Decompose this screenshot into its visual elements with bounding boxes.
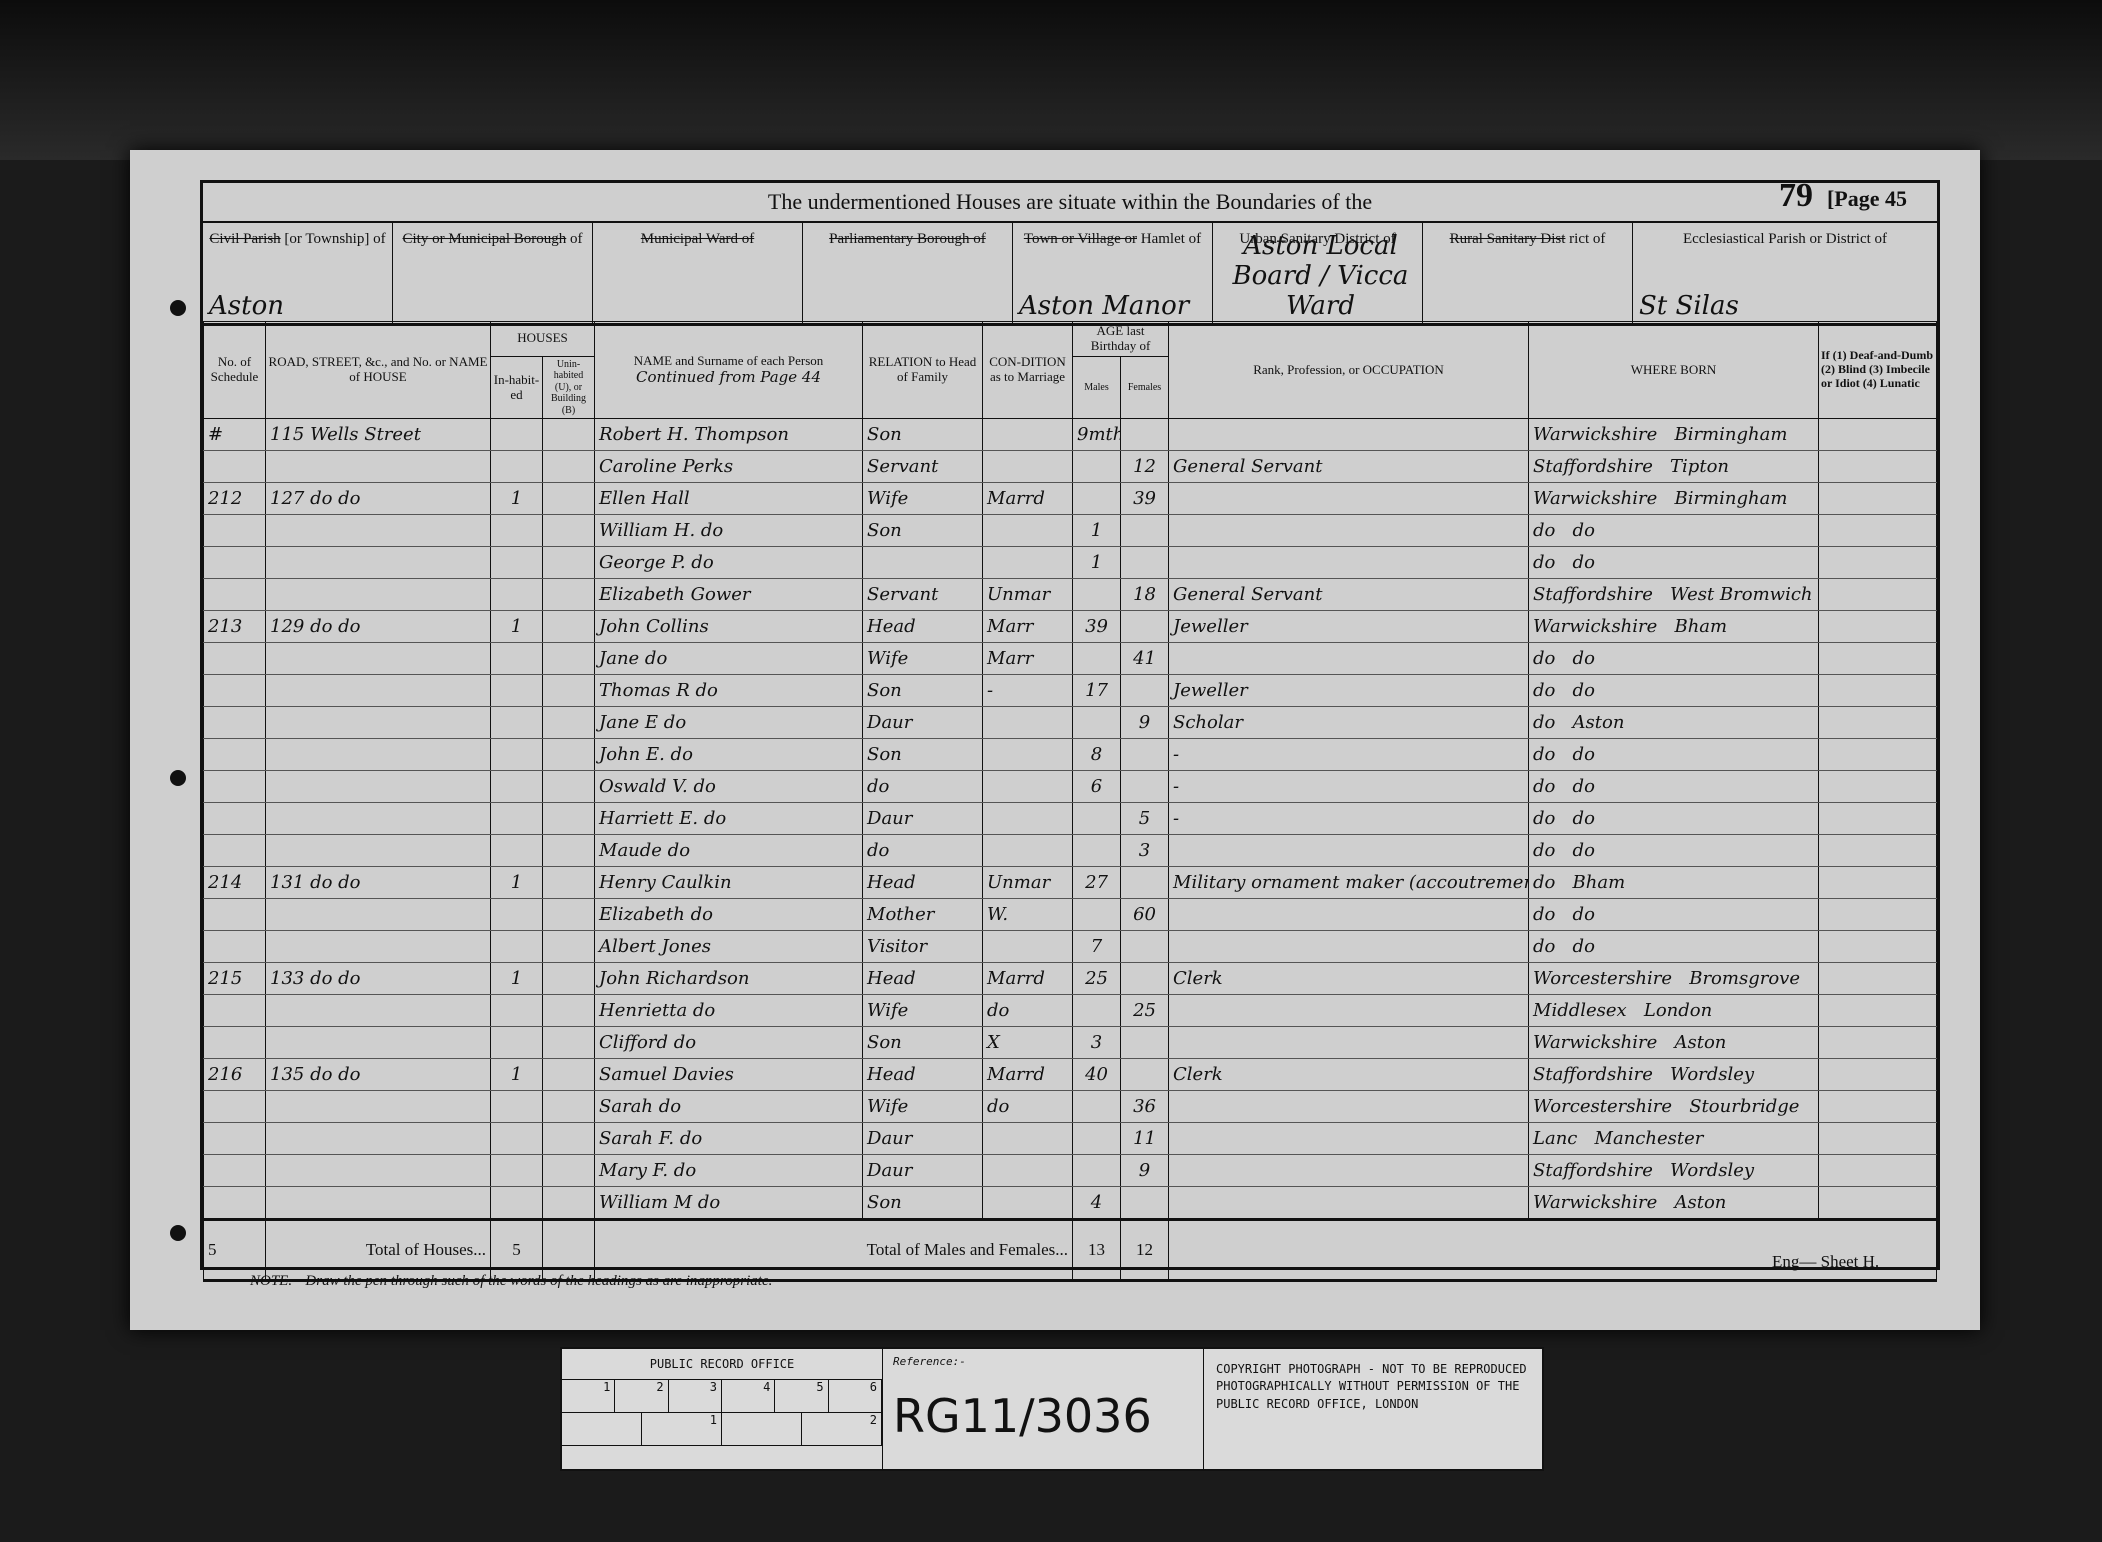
cell-occupation (1169, 483, 1529, 515)
table-row: William M doSon4Warwickshire Aston (204, 1187, 1937, 1220)
boundary-label: [or Township] of (284, 231, 385, 247)
boundary-struck: City or Municipal Borough (403, 231, 567, 247)
cell-blank (543, 931, 595, 963)
cell-schedule (204, 547, 266, 579)
reference-box: Reference:- RG11/3036 (883, 1349, 1204, 1469)
cell-inhabited: 1 (491, 611, 543, 643)
cell-relation: Son (863, 1187, 983, 1220)
cell-male: 39 (1073, 611, 1121, 643)
cell-male (1073, 899, 1121, 931)
table-row: Henrietta doWifedo25Middlesex London (204, 995, 1937, 1027)
cell-road: 135 do do (266, 1059, 491, 1091)
cell-where-born: do do (1529, 803, 1819, 835)
cell-name: Ellen Hall (595, 483, 863, 515)
cell-occupation (1169, 931, 1529, 963)
cell-blank (543, 1059, 595, 1091)
cell-inhabited: 1 (491, 1059, 543, 1091)
ruler-top: 123456 (562, 1380, 882, 1413)
cell-relation: Daur (863, 707, 983, 739)
cell-where-born: Warwickshire Aston (1529, 1027, 1819, 1059)
born-place: West Bromwich (1670, 584, 1812, 605)
cell-inhabited: 1 (491, 963, 543, 995)
cell-name: Albert Jones (595, 931, 863, 963)
cell-occupation (1169, 643, 1529, 675)
cell-name: Maude do (595, 835, 863, 867)
cell-where-born: Staffordshire Wordsley (1529, 1059, 1819, 1091)
cell-where-born: do Bham (1529, 867, 1819, 899)
cell-inhabited: 1 (491, 867, 543, 899)
table-row: 215133 do do1John RichardsonHeadMarrd25C… (204, 963, 1937, 995)
col-relation: RELATION to Head of Family (863, 322, 983, 419)
cell-female (1121, 963, 1169, 995)
cell-road (266, 515, 491, 547)
boundary-struck: Parliamentary Borough of (829, 231, 986, 247)
cell-occupation (1169, 835, 1529, 867)
cell-inhabited (491, 1187, 543, 1220)
cell-schedule (204, 835, 266, 867)
born-county: Warwickshire (1533, 1032, 1657, 1053)
cell-blank (543, 707, 595, 739)
cell-occupation: Clerk (1169, 963, 1529, 995)
record-office-title: PUBLIC RECORD OFFICE (562, 1349, 882, 1380)
cell-name: William H. do (595, 515, 863, 547)
table-row: Jane doWifeMarr41do do (204, 643, 1937, 675)
cell-relation: Daur (863, 1123, 983, 1155)
cell-blank (1819, 771, 1937, 803)
cell-female (1121, 611, 1169, 643)
cell-name: Mary F. do (595, 1155, 863, 1187)
cell-blank (543, 1091, 595, 1123)
cell-blank (543, 675, 595, 707)
cell-occupation (1169, 419, 1529, 451)
cell-blank (1819, 931, 1937, 963)
born-place: do (1573, 776, 1595, 797)
table-row: Mary F. doDaur9Staffordshire Wordsley (204, 1155, 1937, 1187)
cell-blank (1819, 1027, 1937, 1059)
col-road: ROAD, STREET, &c., and No. or NAME of HO… (266, 322, 491, 419)
born-place: London (1644, 1000, 1712, 1021)
boundary-cell: Ecclesiastical Parish or District ofSt S… (1633, 223, 1937, 323)
table-row: 216135 do do1Samuel DaviesHeadMarrd40Cle… (204, 1059, 1937, 1091)
born-county: do (1533, 648, 1555, 669)
reference-value: RG11/3036 (893, 1389, 1152, 1443)
cell-blank (543, 515, 595, 547)
copyright-notice: COPYRIGHT PHOTOGRAPH - NOT TO BE REPRODU… (1204, 1349, 1542, 1469)
table-row: Maude dodo3do do (204, 835, 1937, 867)
born-county: Warwickshire (1533, 488, 1657, 509)
cell-male (1073, 803, 1121, 835)
cell-condition: Marrd (983, 1059, 1073, 1091)
cell-name: William M do (595, 1187, 863, 1220)
cell-condition (983, 803, 1073, 835)
cell-schedule (204, 675, 266, 707)
cell-inhabited (491, 547, 543, 579)
cell-relation: Head (863, 963, 983, 995)
cell-blank (543, 1187, 595, 1220)
born-county: do (1533, 680, 1555, 701)
col-houses: HOUSES (491, 322, 595, 357)
cell-where-born: Staffordshire Wordsley (1529, 1155, 1819, 1187)
cell-blank (1819, 1123, 1937, 1155)
cell-where-born: do do (1529, 771, 1819, 803)
cell-blank (1819, 547, 1937, 579)
boundary-label: rict of (1569, 231, 1605, 247)
cell-relation: Son (863, 1027, 983, 1059)
ruler-tick: 2 (802, 1413, 882, 1445)
cell-name: John Collins (595, 611, 863, 643)
table-row: George P. do1do do (204, 547, 1937, 579)
total-persons-label: Total of Males and Females... (595, 1220, 1073, 1281)
cell-occupation (1169, 515, 1529, 547)
born-place: Aston (1674, 1192, 1726, 1213)
cell-condition (983, 515, 1073, 547)
cell-schedule (204, 643, 266, 675)
cell-road: 133 do do (266, 963, 491, 995)
born-county: Staffordshire (1533, 1064, 1653, 1085)
cell-male: 7 (1073, 931, 1121, 963)
sheet-label: Eng— Sheet H. (1772, 1252, 1879, 1272)
cell-where-born: do do (1529, 739, 1819, 771)
cell-inhabited (491, 995, 543, 1027)
born-place: Birmingham (1674, 488, 1787, 509)
cell-relation: Son (863, 515, 983, 547)
cell-blank (543, 451, 595, 483)
cell-blank (1819, 995, 1937, 1027)
cell-inhabited (491, 419, 543, 451)
cell-name: Sarah do (595, 1091, 863, 1123)
table-row: Caroline PerksServant12General ServantSt… (204, 451, 1937, 483)
cell-road (266, 1027, 491, 1059)
cell-male (1073, 483, 1121, 515)
cell-blank (543, 867, 595, 899)
cell-male: 40 (1073, 1059, 1121, 1091)
cell-blank (1819, 1059, 1937, 1091)
cell-female: 5 (1121, 803, 1169, 835)
table-row: Sarah F. doDaur11Lanc Manchester (204, 1123, 1937, 1155)
table-row: William H. doSon1do do (204, 515, 1937, 547)
born-county: Staffordshire (1533, 456, 1653, 477)
table-row: #115 Wells StreetRobert H. ThompsonSon9m… (204, 419, 1937, 451)
born-county: do (1533, 840, 1555, 861)
col-where-born: WHERE BORN (1529, 322, 1819, 419)
cell-blank (1819, 899, 1937, 931)
cell-inhabited: 1 (491, 483, 543, 515)
cell-blank (543, 1027, 595, 1059)
cell-blank (1819, 1187, 1937, 1220)
cell-condition: Unmar (983, 867, 1073, 899)
cell-occupation: Jeweller (1169, 611, 1529, 643)
cell-inhabited (491, 515, 543, 547)
born-county: do (1533, 744, 1555, 765)
total-houses-label: Total of Houses... (266, 1220, 491, 1281)
born-place: Bham (1573, 872, 1626, 893)
table-row: Elizabeth doMotherW.60do do (204, 899, 1937, 931)
cell-inhabited (491, 1123, 543, 1155)
boundary-cell: Urban Sanitary District ofAston Local Bo… (1213, 223, 1423, 323)
born-county: Warwickshire (1533, 1192, 1657, 1213)
cell-road (266, 707, 491, 739)
boundary-value: St Silas (1639, 291, 1739, 321)
total-males: 13 (1073, 1220, 1121, 1281)
cell-blank (543, 899, 595, 931)
ruler-tick: 5 (775, 1380, 828, 1412)
continued-note: Continued from Page 44 (597, 369, 860, 386)
cell-schedule (204, 739, 266, 771)
cell-where-born: do do (1529, 643, 1819, 675)
cell-blank (543, 739, 595, 771)
cell-blank (543, 995, 595, 1027)
cell-condition: Marr (983, 643, 1073, 675)
born-place: Aston (1674, 1032, 1726, 1053)
cell-road (266, 643, 491, 675)
table-row: Thomas R doSon-17Jewellerdo do (204, 675, 1937, 707)
page-number: [Page 45 (1827, 186, 1907, 211)
cell-blank (1819, 835, 1937, 867)
born-place: Stourbridge (1689, 1096, 1799, 1117)
cell-name: Samuel Davies (595, 1059, 863, 1091)
cell-condition: - (983, 675, 1073, 707)
household-table: No. of Schedule ROAD, STREET, &c., and N… (203, 321, 1937, 1282)
cell-where-born: Warwickshire Birmingham (1529, 483, 1819, 515)
born-county: Middlesex (1533, 1000, 1627, 1021)
cell-blank (543, 1123, 595, 1155)
cell-blank (1819, 803, 1937, 835)
cell-name: Henry Caulkin (595, 867, 863, 899)
cell-female: 36 (1121, 1091, 1169, 1123)
cell-relation: Daur (863, 803, 983, 835)
cell-female: 3 (1121, 835, 1169, 867)
table-row: 214131 do do1Henry CaulkinHeadUnmar27Mil… (204, 867, 1937, 899)
cell-inhabited (491, 643, 543, 675)
cell-where-born: Staffordshire West Bromwich (1529, 579, 1819, 611)
cell-where-born: Worcestershire Stourbridge (1529, 1091, 1819, 1123)
cell-occupation (1169, 995, 1529, 1027)
cell-male (1073, 835, 1121, 867)
table-row: Albert JonesVisitor7do do (204, 931, 1937, 963)
cell-name: Elizabeth Gower (595, 579, 863, 611)
cell-road (266, 739, 491, 771)
cell-road (266, 835, 491, 867)
cell-blank (543, 579, 595, 611)
cell-male (1073, 643, 1121, 675)
cell-name: John E. do (595, 739, 863, 771)
cell-inhabited (491, 675, 543, 707)
born-place: Bham (1674, 616, 1727, 637)
cell-occupation (1169, 547, 1529, 579)
cell-road (266, 803, 491, 835)
cell-condition (983, 1187, 1073, 1220)
ruler-tick: 1 (562, 1380, 615, 1412)
cell-occupation (1169, 1091, 1529, 1123)
cell-blank (1819, 483, 1937, 515)
table-row: 213129 do do1John CollinsHeadMarr39Jewel… (204, 611, 1937, 643)
cell-female: 41 (1121, 643, 1169, 675)
boundary-struck: Civil Parish (209, 231, 280, 247)
cell-female (1121, 515, 1169, 547)
cell-condition: X (983, 1027, 1073, 1059)
cell-female (1121, 1059, 1169, 1091)
cell-where-born: Middlesex London (1529, 995, 1819, 1027)
boundary-struck: Municipal Ward of (641, 231, 755, 247)
cell-name: Harriett E. do (595, 803, 863, 835)
cell-blank (1819, 1091, 1937, 1123)
born-county: Worcestershire (1533, 968, 1672, 989)
table-row: Harriett E. doDaur5-do do (204, 803, 1937, 835)
cell-where-born: do do (1529, 931, 1819, 963)
cell-female: 12 (1121, 451, 1169, 483)
cell-schedule: 212 (204, 483, 266, 515)
cell-schedule (204, 931, 266, 963)
boundary-struck: Rural Sanitary Dist (1450, 231, 1566, 247)
born-place: do (1573, 552, 1595, 573)
cell-male (1073, 1155, 1121, 1187)
cell-occupation: Jeweller (1169, 675, 1529, 707)
cell-name: Elizabeth do (595, 899, 863, 931)
cell-blank (543, 643, 595, 675)
record-office-label: PUBLIC RECORD OFFICE 123456 12 Reference… (560, 1347, 1544, 1471)
cell-road (266, 1155, 491, 1187)
born-place: do (1573, 808, 1595, 829)
cell-male (1073, 707, 1121, 739)
cell-name: Henrietta do (595, 995, 863, 1027)
cell-name: Thomas R do (595, 675, 863, 707)
cell-name: Jane E do (595, 707, 863, 739)
cell-occupation: - (1169, 739, 1529, 771)
cell-schedule: # (204, 419, 266, 451)
cell-blank (1819, 643, 1937, 675)
born-county: Lanc (1533, 1128, 1577, 1149)
born-place: do (1573, 744, 1595, 765)
born-county: do (1533, 552, 1555, 573)
cell-blank (1819, 867, 1937, 899)
cell-inhabited (491, 1027, 543, 1059)
cell-female (1121, 547, 1169, 579)
cell-male: 1 (1073, 547, 1121, 579)
col-name-label: NAME and Surname of each Person (597, 354, 860, 369)
cell-occupation: General Servant (1169, 579, 1529, 611)
cell-male: 1 (1073, 515, 1121, 547)
cell-relation: Servant (863, 579, 983, 611)
cell-female: 60 (1121, 899, 1169, 931)
cell-road (266, 451, 491, 483)
born-county: Warwickshire (1533, 424, 1657, 445)
cell-where-born: Worcestershire Bromsgrove (1529, 963, 1819, 995)
boundary-struck: Town or Village or (1024, 231, 1137, 247)
cell-male (1073, 579, 1121, 611)
cell-female (1121, 739, 1169, 771)
cell-schedule (204, 803, 266, 835)
cell-blank (543, 419, 595, 451)
cell-road (266, 675, 491, 707)
cell-road (266, 995, 491, 1027)
born-place: Wordsley (1670, 1064, 1754, 1085)
boundary-cell: Rural Sanitary Dist rict of (1423, 223, 1633, 323)
born-county: do (1533, 872, 1555, 893)
scan-border (0, 0, 2102, 160)
cell-occupation: - (1169, 803, 1529, 835)
cell-name: John Richardson (595, 963, 863, 995)
born-county: do (1533, 712, 1555, 733)
boundary-cell: Civil Parish [or Township] ofAston (203, 223, 393, 323)
cell-road (266, 931, 491, 963)
cell-inhabited (491, 451, 543, 483)
form-title: The undermentioned Houses are situate wi… (203, 183, 1937, 221)
cell-schedule: 216 (204, 1059, 266, 1091)
cell-female: 9 (1121, 1155, 1169, 1187)
cell-where-born: do Aston (1529, 707, 1819, 739)
cell-condition (983, 771, 1073, 803)
cell-where-born: Warwickshire Birmingham (1529, 419, 1819, 451)
cell-name: Clifford do (595, 1027, 863, 1059)
cell-schedule (204, 515, 266, 547)
total-uninhabited (543, 1220, 595, 1281)
col-infirmity: If (1) Deaf-and-Dumb (2) Blind (3) Imbec… (1819, 322, 1937, 419)
born-place: Bromsgrove (1689, 968, 1800, 989)
cell-inhabited (491, 579, 543, 611)
total-females: 12 (1121, 1220, 1169, 1281)
cell-occupation: General Servant (1169, 451, 1529, 483)
ruler-tick (722, 1413, 802, 1445)
cell-road: 129 do do (266, 611, 491, 643)
cell-inhabited (491, 707, 543, 739)
cell-name: Jane do (595, 643, 863, 675)
cell-schedule (204, 1155, 266, 1187)
punch-hole-icon (170, 1225, 186, 1241)
cell-male: 27 (1073, 867, 1121, 899)
table-row: Clifford doSonX3Warwickshire Aston (204, 1027, 1937, 1059)
born-place: do (1573, 520, 1595, 541)
totals-row: 5 Total of Houses... 5 Total of Males an… (204, 1220, 1937, 1281)
cell-condition (983, 1123, 1073, 1155)
cell-occupation (1169, 1187, 1529, 1220)
col-uninhabited: Unin-habited (U), or Building (B) (543, 356, 595, 419)
cell-inhabited (491, 899, 543, 931)
total-schedules: 5 (204, 1220, 266, 1281)
born-place: do (1573, 680, 1595, 701)
cell-name: Robert H. Thompson (595, 419, 863, 451)
cell-where-born: Staffordshire Tipton (1529, 451, 1819, 483)
cell-condition (983, 739, 1073, 771)
cell-inhabited (491, 771, 543, 803)
cell-condition (983, 419, 1073, 451)
born-place: Wordsley (1670, 1160, 1754, 1181)
cell-blank (543, 963, 595, 995)
cell-occupation (1169, 1155, 1529, 1187)
boundaries-row: Civil Parish [or Township] ofAstonCity o… (203, 221, 1937, 326)
cell-name: George P. do (595, 547, 863, 579)
boundary-value: Aston Manor (1019, 291, 1189, 321)
born-county: do (1533, 808, 1555, 829)
cell-occupation (1169, 1123, 1529, 1155)
cell-condition (983, 547, 1073, 579)
cell-name: Caroline Perks (595, 451, 863, 483)
cell-road (266, 579, 491, 611)
cell-relation: Head (863, 1059, 983, 1091)
cell-occupation: - (1169, 771, 1529, 803)
cell-condition: Marrd (983, 483, 1073, 515)
cell-blank (1819, 675, 1937, 707)
total-houses: 5 (491, 1220, 543, 1281)
col-age: AGE last Birthday of (1073, 322, 1169, 357)
cell-female (1121, 1027, 1169, 1059)
cell-female: 18 (1121, 579, 1169, 611)
cell-road (266, 1123, 491, 1155)
cell-inhabited (491, 835, 543, 867)
born-place: Manchester (1595, 1128, 1704, 1149)
boundary-cell: Parliamentary Borough of (803, 223, 1013, 323)
cell-blank (1819, 451, 1937, 483)
boundary-cell: Municipal Ward of (593, 223, 803, 323)
